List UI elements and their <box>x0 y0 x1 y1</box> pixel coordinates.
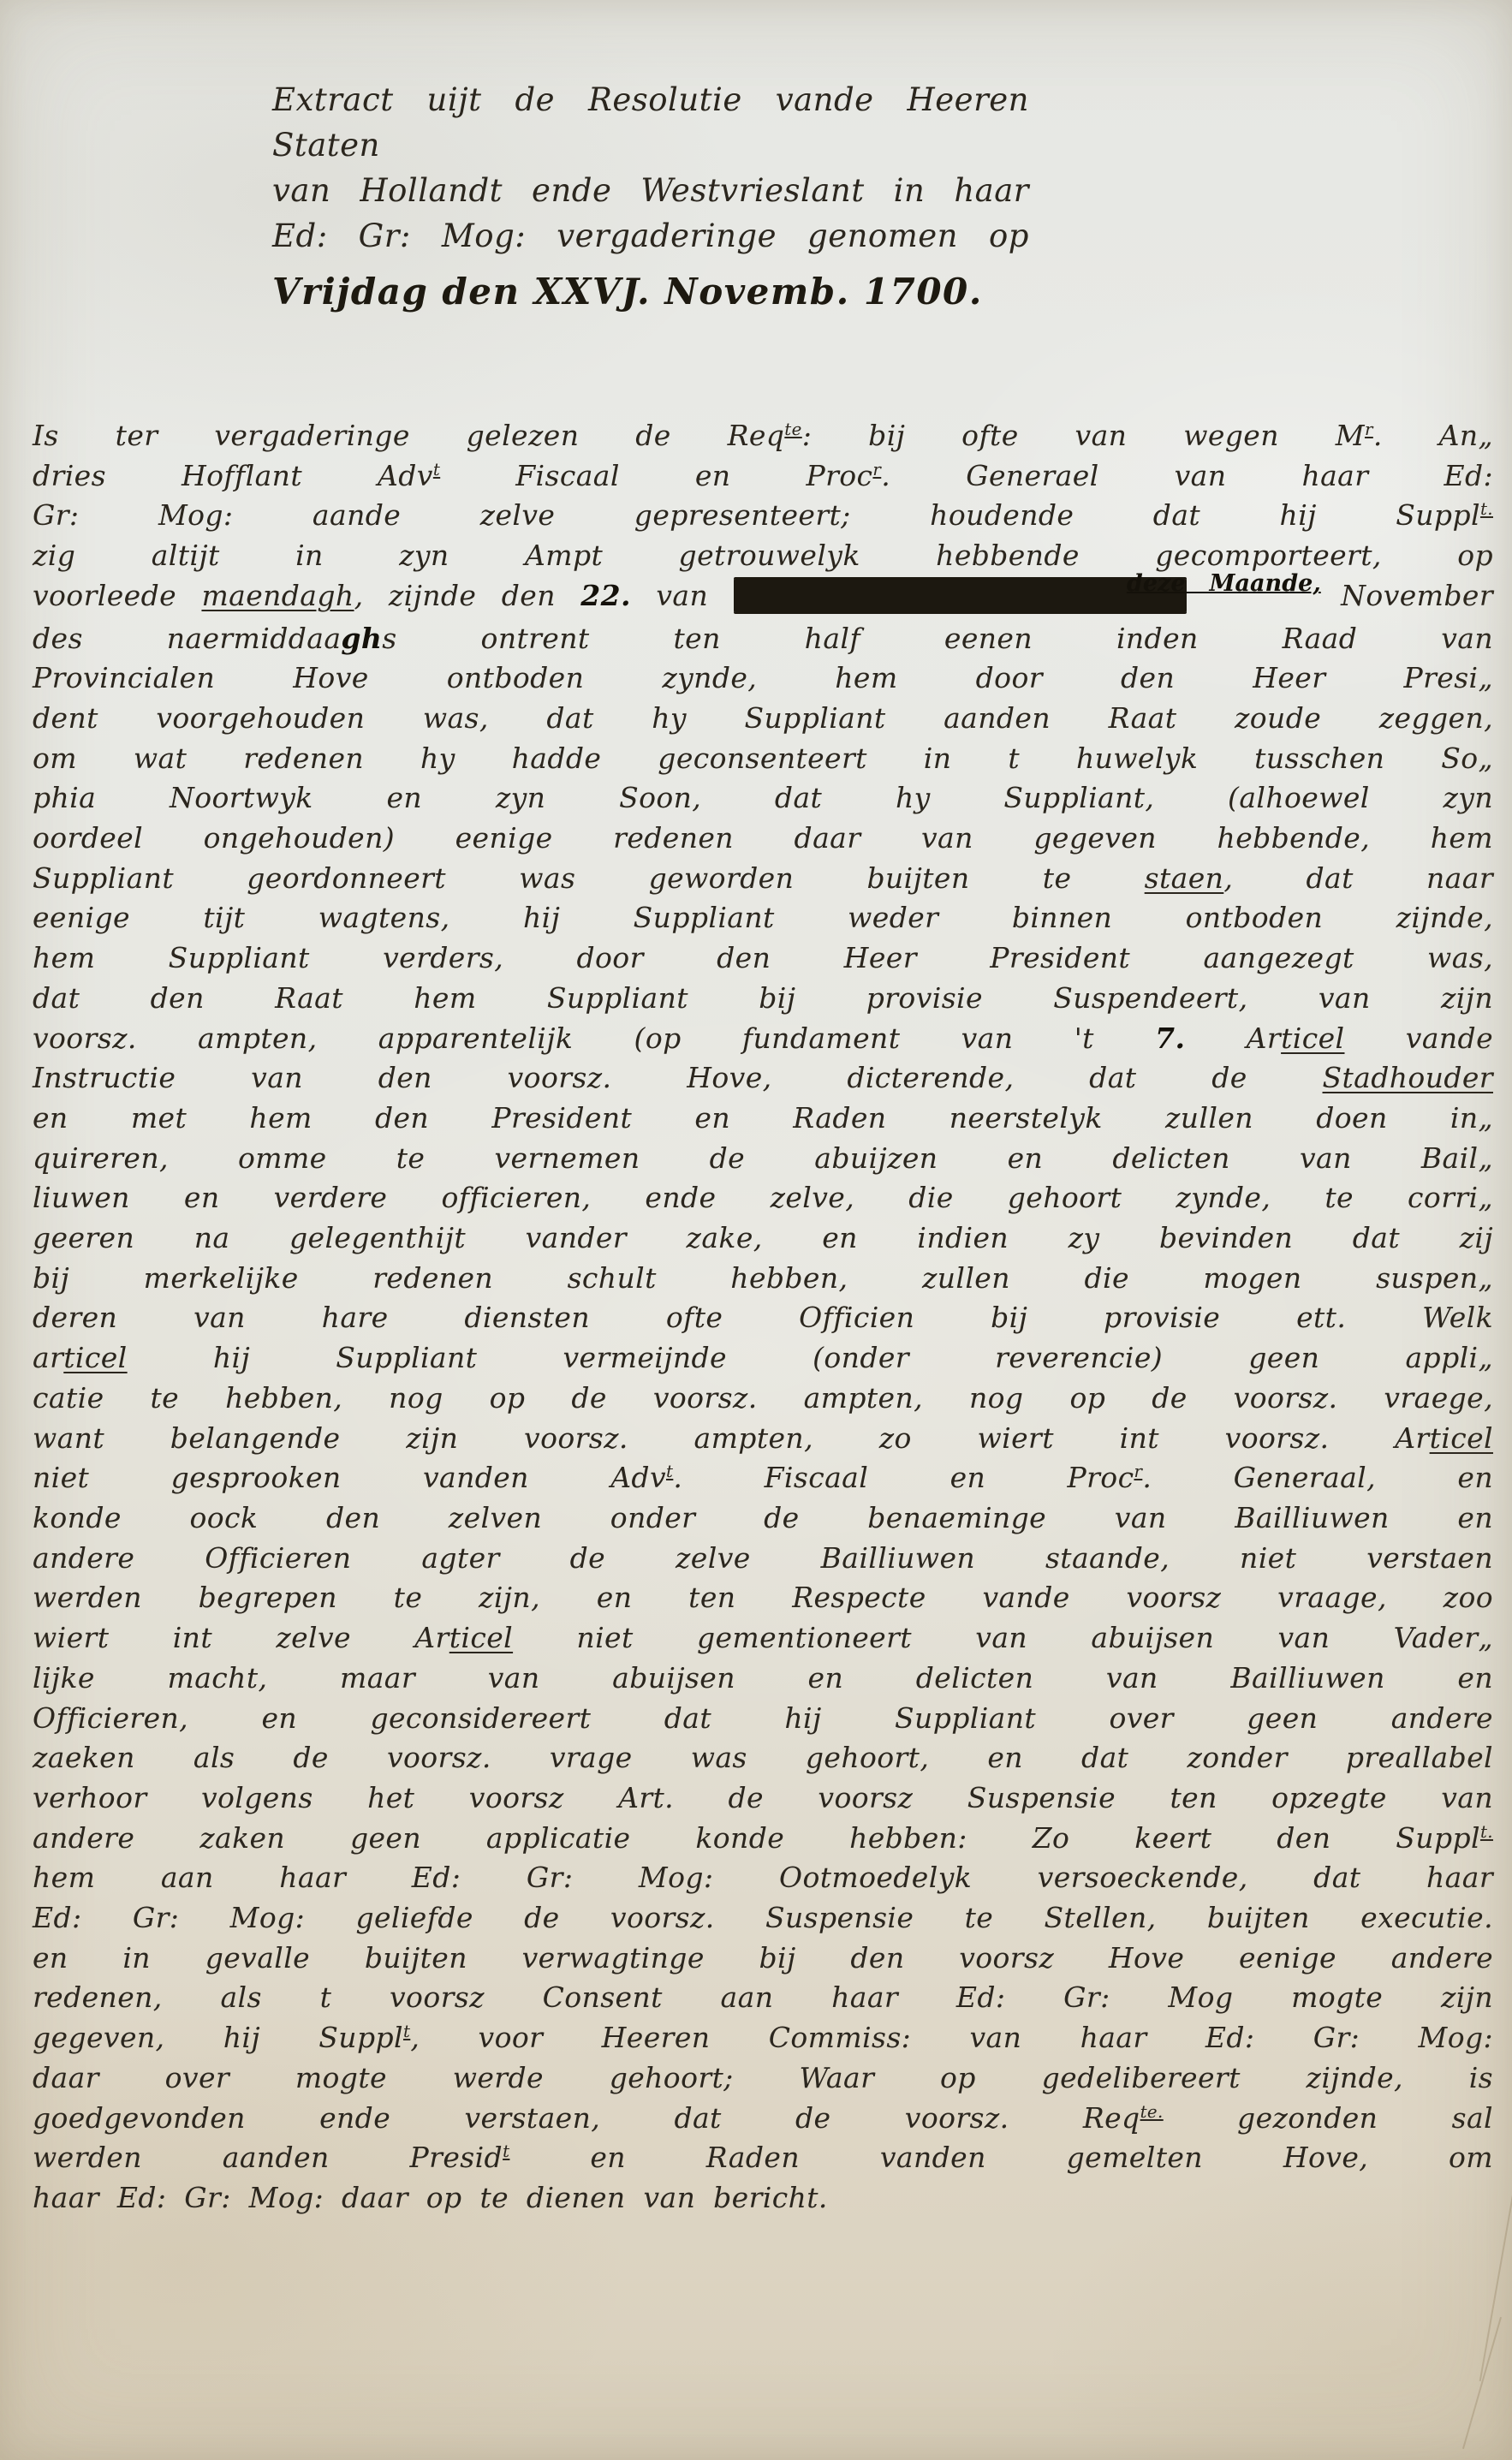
text-segment: 22. <box>580 579 631 612</box>
text-segment: niet gementioneert van abuijsen van Vade… <box>513 1621 1493 1654</box>
manuscript-line: Provincialen Hove ontboden zynde, hem do… <box>33 658 1493 699</box>
manuscript-line: Instructie van den voorsz. Hove, dictere… <box>33 1058 1493 1099</box>
text-segment: voorleede <box>33 579 201 612</box>
text-segment: . Fiscaal en Proc <box>673 1461 1134 1494</box>
text-segment: hij Suppliant vermeijnde (onder reverenc… <box>128 1341 1493 1374</box>
text-segment: dries Hofflant Adv <box>33 459 433 492</box>
manuscript-line: Gr: Mog: aande zelve gepresenteert; houd… <box>33 496 1493 536</box>
text-segment: Is ter vergaderinge gelezen de Req <box>33 419 784 452</box>
manuscript-line: konde oock den zelven onder de benaeming… <box>33 1498 1493 1539</box>
manuscript-line: voorsz. ampten, apparentelijk (op fundam… <box>33 1019 1493 1059</box>
text-segment: ticel <box>449 1621 513 1654</box>
manuscript-line: verhoor volgens het voorsz Art. de voors… <box>33 1778 1493 1819</box>
text-segment: Gr: Mog: aande zelve gepresenteert; houd… <box>33 498 1480 532</box>
text-segment: Suppliant geordonneert was geworden buij… <box>33 861 1145 895</box>
text-segment: November <box>1316 579 1493 612</box>
manuscript-line: des naermiddaaghs ontrent ten half eenen… <box>33 619 1493 659</box>
manuscript-line: andere zaken geen applicatie konde hebbe… <box>33 1819 1493 1859</box>
manuscript-line: redenen, als t voorsz Consent aan haar E… <box>33 1978 1493 2018</box>
heading-block: Extract uijt de Resolutie vande Heeren S… <box>272 77 1029 313</box>
text-segment: Fiscaal en Proc <box>440 459 872 492</box>
text-segment: Ar <box>1185 1022 1281 1055</box>
text-segment: andere zaken geen applicatie konde hebbe… <box>33 1821 1480 1855</box>
manuscript-line: niet gesprooken vanden Advt. Fiscaal en … <box>33 1458 1493 1498</box>
text-segment: niet gesprooken vanden Adv <box>33 1461 666 1494</box>
text-segment: . Generaal, en <box>1142 1461 1493 1494</box>
text-segment: , zijnde den <box>354 579 581 612</box>
manuscript-line: bij merkelijke redenen schult hebben, zu… <box>33 1259 1493 1299</box>
text-segment: . An„ <box>1373 419 1493 452</box>
manuscript-line: Ed: Gr: Mog: vergaderinge genomen op <box>272 213 1029 259</box>
body-text: Is ter vergaderinge gelezen de Reqte: bi… <box>33 416 1493 2219</box>
date-line: Vrijdag den XXVJ. Novemb. 1700. <box>272 271 1029 313</box>
manuscript-line: Is ter vergaderinge gelezen de Reqte: bi… <box>33 416 1493 456</box>
inserted-correction: deze Maande, <box>1127 570 1321 597</box>
manuscript-line: Extract uijt de Resolutie vande Heeren S… <box>272 77 1029 168</box>
manuscript-line: wiert int zelve Articel niet gementionee… <box>33 1618 1493 1659</box>
manuscript-line: werden begrepen te zijn, en ten Respecte… <box>33 1578 1493 1618</box>
text-segment: s ontrent ten half eenen inden Raad van <box>382 622 1493 655</box>
manuscript-line: oordeel ongehouden) eenige redenen daar … <box>33 819 1493 859</box>
text-segment: maendagh <box>201 579 354 612</box>
heading-lines: Extract uijt de Resolutie vande Heeren S… <box>272 77 1029 259</box>
manuscript-line: en in gevalle buijten verwagtinge bij de… <box>33 1939 1493 1979</box>
text-segment: te <box>784 420 801 439</box>
manuscript-line: werden aanden Presidt en Raden vanden ge… <box>33 2138 1493 2178</box>
text-segment: r <box>1134 1462 1142 1481</box>
manuscript-line: om wat redenen hy hadde geconsenteert in… <box>33 739 1493 779</box>
text-segment: Stadhouder <box>1323 1061 1493 1094</box>
text-segment: , dat naar <box>1223 861 1493 895</box>
text-segment: ticel <box>1281 1022 1344 1055</box>
manuscript-line: Ed: Gr: Mog: geliefde de voorsz. Suspens… <box>33 1898 1493 1939</box>
text-segment: r <box>1365 420 1373 439</box>
manuscript-line: voorleede maendagh, zijnde den 22. van d… <box>33 576 1493 619</box>
text-segment: ar <box>33 1341 63 1374</box>
manuscript-line: andere Officieren agter de zelve Bailliu… <box>33 1539 1493 1579</box>
manuscript-line: eenige tijt wagtens, hij Suppliant weder… <box>33 898 1493 938</box>
manuscript-line: dries Hofflant Advt Fiscaal en Procr. Ge… <box>33 456 1493 497</box>
text-segment: staen <box>1145 861 1224 895</box>
text-segment: goedgevonden ende verstaen, dat de voors… <box>33 2101 1140 2135</box>
manuscript-line: geeren na gelegenthijt vander zake, en i… <box>33 1218 1493 1259</box>
text-segment: Instructie van den voorsz. Hove, dictere… <box>33 1061 1323 1094</box>
manuscript-line: liuwen en verdere officieren, ende zelve… <box>33 1178 1493 1218</box>
scribbled-out-text <box>734 579 1187 612</box>
text-segment: wiert int zelve Ar <box>33 1621 449 1654</box>
text-segment: t. <box>1480 1822 1493 1842</box>
text-segment: van <box>631 579 734 612</box>
manuscript-line: lijke macht, maar van abuijsen en delict… <box>33 1659 1493 1699</box>
text-segment: t. <box>1480 499 1493 519</box>
manuscript-line: articel hij Suppliant vermeijnde (onder … <box>33 1338 1493 1379</box>
text-segment: t <box>433 460 440 479</box>
text-segment: want belangende zijn voorsz. ampten, zo … <box>33 1421 1430 1455</box>
page-edge-line <box>1462 2317 1502 2449</box>
manuscript-line: zaeken als de voorsz. vrage was gehoort,… <box>33 1738 1493 1778</box>
text-segment: gh <box>341 622 382 655</box>
manuscript-line: phia Noortwyk en zyn Soon, dat hy Suppli… <box>33 778 1493 819</box>
text-segment: des naermiddaa <box>33 622 341 655</box>
manuscript-page: Extract uijt de Resolutie vande Heeren S… <box>0 0 1512 2460</box>
manuscript-line: deren van hare diensten ofte Officien bi… <box>33 1298 1493 1338</box>
text-segment: en Raden vanden gemelten Hove, om <box>509 2141 1493 2174</box>
manuscript-line: goedgevonden ende verstaen, dat de voors… <box>33 2099 1493 2139</box>
text-segment: ticel <box>63 1341 127 1374</box>
text-segment: te. <box>1140 2102 1164 2122</box>
manuscript-line: Suppliant geordonneert was geworden buij… <box>33 859 1493 899</box>
manuscript-line: hem Suppliant verders, door den Heer Pre… <box>33 938 1493 979</box>
manuscript-line: dat den Raat hem Suppliant bij provisie … <box>33 979 1493 1019</box>
text-segment: gezonden sal <box>1164 2101 1493 2135</box>
text-segment: r <box>872 460 881 479</box>
manuscript-line: Officieren, en geconsidereert dat hij Su… <box>33 1699 1493 1739</box>
text-segment: . Generael van haar Ed: <box>881 459 1493 492</box>
manuscript-line: catie te hebben, nog op de voorsz. ampte… <box>33 1379 1493 1419</box>
manuscript-line: dent voorgehouden was, dat hy Suppliant … <box>33 699 1493 739</box>
text-segment: : bij ofte van wegen M <box>802 419 1365 452</box>
manuscript-line: daar over mogte werde gehoort; Waar op g… <box>33 2058 1493 2099</box>
text-segment: gegeven, hij Suppl <box>33 2021 403 2054</box>
text-segment: ticel <box>1430 1421 1493 1455</box>
manuscript-line: haar Ed: Gr: Mog: daar op te dienen van … <box>33 2178 1493 2219</box>
text-segment: 7. <box>1155 1022 1185 1055</box>
manuscript-line: want belangende zijn voorsz. ampten, zo … <box>33 1419 1493 1459</box>
manuscript-line: en met hem den President en Raden neerst… <box>33 1099 1493 1139</box>
text-segment: werden aanden Presid <box>33 2141 503 2174</box>
manuscript-line: hem aan haar Ed: Gr: Mog: Ootmoedelyk ve… <box>33 1858 1493 1898</box>
text-segment: voorsz. ampten, apparentelijk (op fundam… <box>33 1022 1155 1055</box>
text-segment: , voor Heeren Commiss: van haar Ed: Gr: … <box>410 2021 1493 2054</box>
text-segment: vande <box>1344 1022 1493 1055</box>
manuscript-line: van Hollandt ende Westvrieslant in haar <box>272 168 1029 213</box>
manuscript-line: gegeven, hij Supplt, voor Heeren Commiss… <box>33 2018 1493 2058</box>
manuscript-line: quireren, omme te vernemen de abuijzen e… <box>33 1139 1493 1179</box>
